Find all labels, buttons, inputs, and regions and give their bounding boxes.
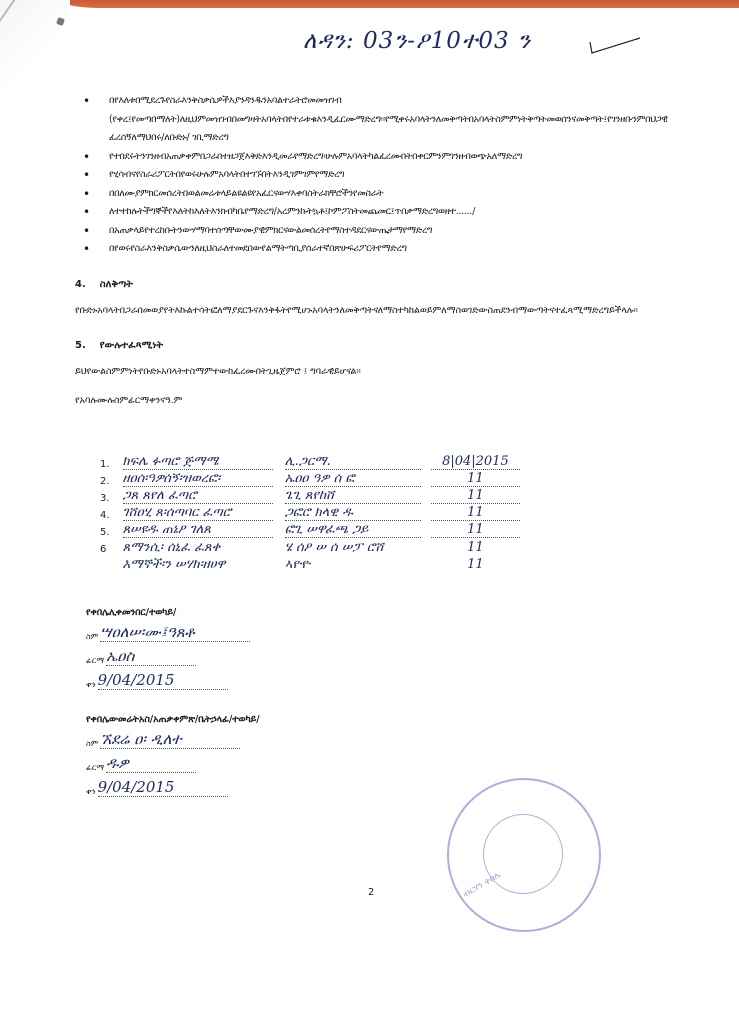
signatories-intro: የአባሉሙሉስምፊርማቀንናዓ.ም [75,395,665,406]
section-title: ስለቅጣት [100,279,133,290]
land-office-signoff: የቀበሌውመሬትአስ/አጠቃቀምጽ/ቤትኃላፊ/ተወካይ/ ስም ኧደሬ ዐ፡ … [86,714,260,797]
section-number: 5. [75,340,86,351]
signatory-row: 2. ዘዐሰ፡ዓዎሰኝ፡ዝወረፎ፡ ኤዐዐ ዓዎ ሰ ፎ 11 [100,470,520,487]
document-body: በየእለቱበሚደረጉየስራእንቅስቃሴዎችእያንዳንዱንአባልተራትሮመመዝገብ… [75,92,665,406]
section-heading-effectiveness: 5. የውሉተፈጻሚነት [75,340,665,351]
signatory-row: 1. ክፍሌ ፉጣሮ ጅማሜ ሊ.ጋርማ. 8|04|2015 [100,453,520,470]
section-body-effectiveness: ይህየውልስምምነትየቡድኑአባላትተስማምተውከፈረሙበትጊዜጀምሮ ፤ ግባ… [75,363,665,381]
signatory-signature: ሊ.ጋርማ. [285,454,421,470]
check-icon [588,36,642,54]
list-item: በየወሩየስራእንቅስቃሴውንለዚህስራለተመደበውየልማትጣቢያሰራተኛበጽሁ… [83,240,665,259]
signatory-date: 11 [431,488,520,504]
responsibilities-list: በየእለቱበሚደረጉየስራእንቅስቃሴዎችእያንዳንዱንአባልተራትሮመመዝገብ… [83,92,665,259]
signoff-title: የቀበሌሊቀመንበር/ተወካይ/ [86,607,250,618]
page-number: 2 [368,887,374,898]
signatory-date: 11 [431,471,520,487]
signatory-date: 11 [431,540,520,555]
section-title: የውሉተፈጻሚነት [100,340,163,351]
list-item: ለተተከሉትችግኞችየእለትከእለትእንክብካቤየማድረግ/አረምንኩትኳቶ፤ኮ… [83,203,665,222]
signatory-date: 11 [431,522,520,538]
staple-mark [56,17,65,26]
signatories-list: 1. ክፍሌ ፉጣሮ ጅማሜ ሊ.ጋርማ. 8|04|2015 2. ዘዐሰ፡ዓ… [100,453,520,572]
signatory-row: 6 ጸማንሲ፡ ሰኒፈ ፈጸቀ ሄ ሰዖ ሠ ሰ ሠፓ ሮሸ 11 [100,538,520,555]
signatory-name: ክፍሌ ፉጣሮ ጅማሜ [123,454,273,470]
signatory-signature: ሄ ሰዖ ሠ ሰ ሠፓ ሮሸ [285,540,421,555]
list-item: የሂሳብናየስራሪፖርትበየወሩሁሉምአባላትበተገኙበትእንዲገምገምየማድረ… [83,166,665,185]
witness-row: እማኞች፡ን ሠሃክ፡ዘሀዋ ኣዮዮ 11 [100,555,520,572]
list-item: በአጠቃላይየተረከቡትንውሃማባተሰጣቸውሙያዊምክርናውልመሰረትየማስተዳ… [83,222,665,241]
list-item: በየእለቱበሚደረጉየስራእንቅስቃሴዎችእያንዳንዱንአባልተራትሮመመዝገብ… [83,92,665,148]
signatory-row: 4. ገሸዐሂ ጸ፡ሰጣባር ፈጣሮ ጋፎሮ ክላዊ ዱ 11 [100,504,520,521]
signatory-name: ጸማንሲ፡ ሰኒፈ ፈጸቀ [123,540,273,555]
section-heading-penalty: 4. ስለቅጣት [75,279,665,290]
signatory-name: ጋጸ ጸየለ ፈጣሮ [123,488,273,504]
handwritten-reference-number: ለዳን: 03ን-ዖ10ተ03 ን [303,28,531,54]
name-field: ስም ሣዐለሠ፡ሙ፤ዓጸቶ [86,618,250,642]
list-item: በበለሙያምክርመሰረትበወልመሬቱላይልዩልዩየአፈርናውሃእቀባስትራክቸሮ… [83,185,665,204]
signatory-date: 8|04|2015 [431,454,520,470]
witness-name: እማኞች፡ን ሠሃክ፡ዘሀዋ [123,557,273,572]
signature-field: ፊርማ ኤዐስ [86,642,250,666]
scan-edge-band [60,0,739,8]
signatory-date: 11 [431,505,520,521]
signatory-signature: ኤዐዐ ዓዎ ሰ ፎ [285,471,421,487]
kebele-chairman-signoff: የቀበሌሊቀመንበር/ተወካይ/ ስም ሣዐለሠ፡ሙ፤ዓጸቶ ፊርማ ኤዐስ ቀ… [86,607,250,690]
date-field: ቀን 9/04/2015 [86,773,260,797]
page-fold-line [0,0,41,30]
signature-field: ፊርማ ዱዎ [86,749,260,773]
witness-signature: ኣዮዮ [285,557,421,572]
signatory-signature: ጌጊ ጸየከሸ [285,488,421,504]
signoff-title: የቀበሌውመሬትአስ/አጠቃቀምጽ/ቤትኃላፊ/ተወካይ/ [86,714,260,725]
folded-page-corner [0,0,70,100]
witness-date: 11 [431,557,520,572]
section-body-penalty: የቡድኑአባላትበጋራበመወያየትእኩልተሳትፎለማያደርጉናእንቅፋትየሚሆኑ… [75,302,665,320]
name-field: ስም ኧደሬ ዐ፡ ዲለተ [86,725,260,749]
signatory-signature: ፎጊ ሠዋፈጫ ጋይ [285,522,421,538]
signatory-name: ገሸዐሂ ጸ፡ሰጣባር ፈጣሮ [123,505,273,521]
signatory-row: 5. ጸሠዩዱ ጠኔዖ ገለጸ ፎጊ ሠዋፈጫ ጋይ 11 [100,521,520,538]
date-field: ቀን 9/04/2015 [86,666,250,690]
official-stamp: ብርሃን ቀበሌ [447,778,601,932]
signatory-row: 3. ጋጸ ጸየለ ፈጣሮ ጌጊ ጸየከሸ 11 [100,487,520,504]
signatory-signature: ጋፎሮ ክላዊ ዱ [285,505,421,521]
signatory-name: ጸሠዩዱ ጠኔዖ ገለጸ [123,522,273,538]
list-item: የተበደሩትንገንዘብአጠቃቀምበጋራበተዘጋጀእቅድእንዲመራየማድረግ፡ሁሉ… [83,148,665,167]
section-number: 4. [75,279,86,290]
signatory-name: ዘዐሰ፡ዓዎሰኝ፡ዝወረፎ፡ [123,471,273,487]
